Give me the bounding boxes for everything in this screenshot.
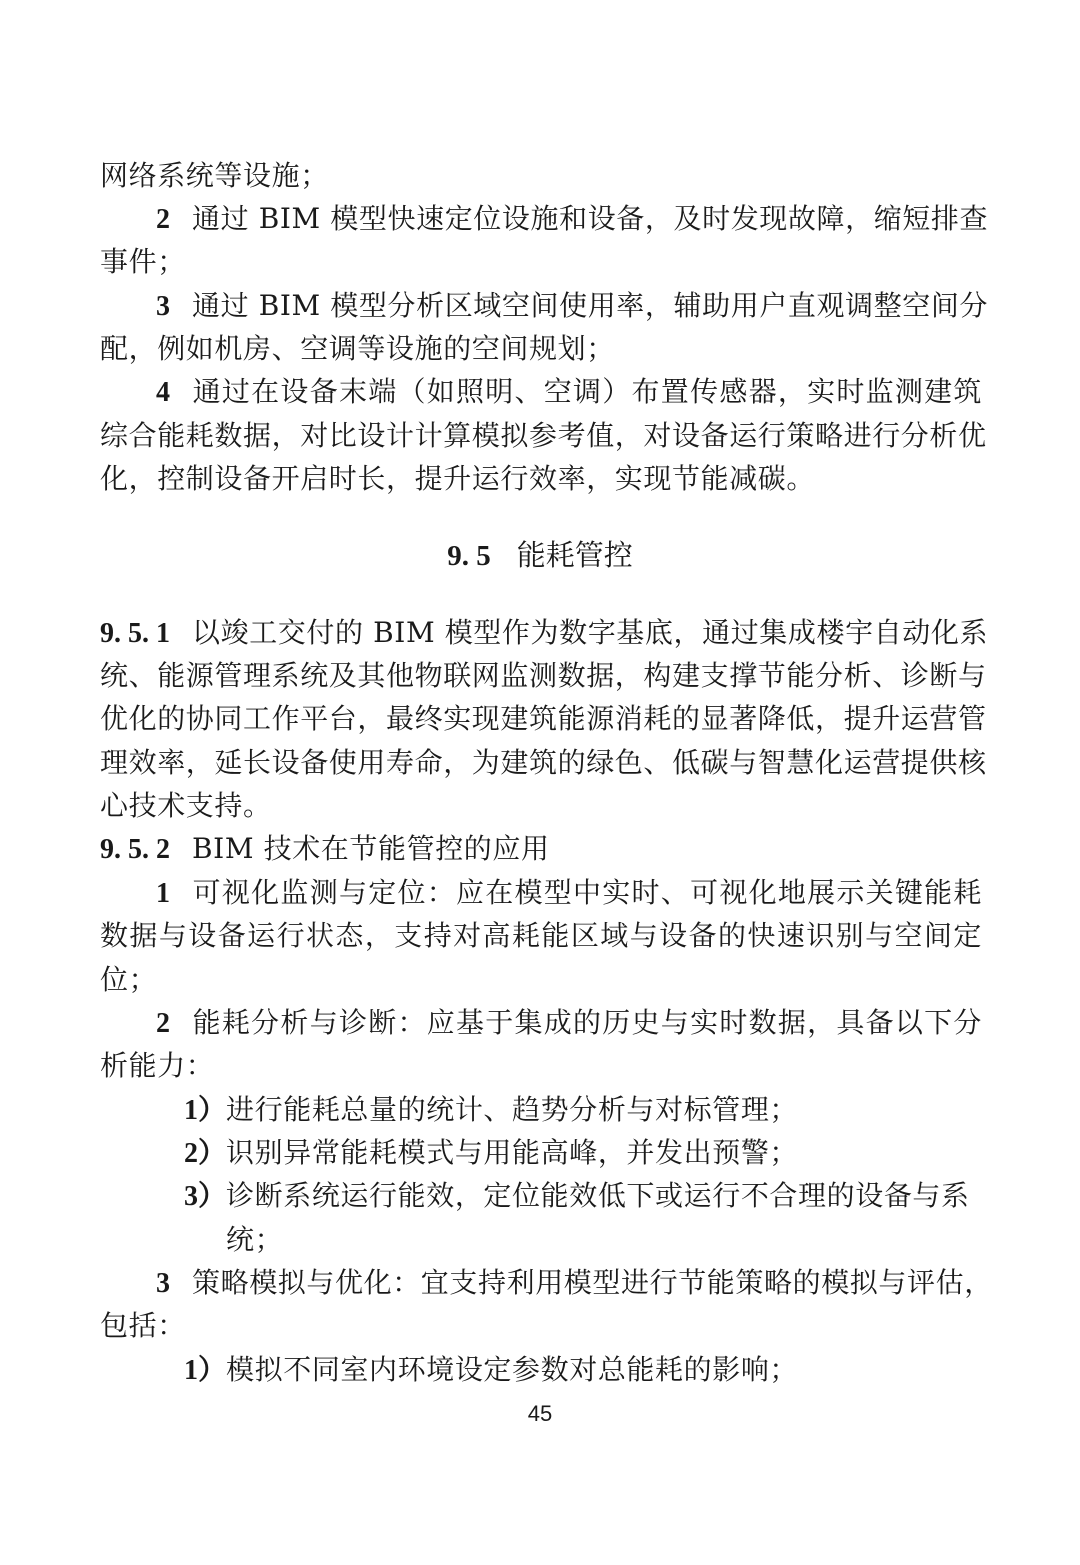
item-text: 能耗分析与诊断：应基于集成的历史与实时数据，具备以下分 [192, 1006, 982, 1039]
text-line: 事件； [100, 244, 982, 280]
clause-9-5-2: 9. 5. 2BIM 技术在节能管控的应用 [100, 831, 982, 867]
text-line: 数据与设备运行状态，支持对高耗能区域与设备的快速识别与空间定 [100, 918, 982, 954]
section-heading: 9. 5能耗管控 [0, 537, 1080, 574]
sub-item-number: 1） [184, 1095, 226, 1126]
list-item-4: 4通过在设备末端（如照明、空调）布置传感器，实时监测建筑 [156, 374, 982, 410]
list-item-3: 3策略模拟与优化：宜支持利用模型进行节能策略的模拟与评估， [156, 1265, 982, 1301]
sub-item-3: 3）诊断系统运行能效，定位能效低下或运行不合理的设备与系 [184, 1178, 982, 1214]
item-number: 4 [156, 377, 170, 408]
item-text: 化，控制设备开启时长，提升运行效率，实现节能减碳。 [100, 462, 815, 495]
clause-text: 理效率，延长设备使用寿命，为建筑的绿色、低碳与智慧化运营提供核 [100, 746, 987, 779]
item-text: 析能力： [100, 1049, 214, 1082]
item-text: 通过在设备末端（如照明、空调）布置传感器，实时监测建筑 [192, 375, 982, 408]
text-line: 统、能源管理系统及其他物联网监测数据，构建支撑节能分析、诊断与 [100, 658, 982, 694]
sub-item-number: 2） [184, 1138, 226, 1169]
sub-item-text: 识别异常能耗模式与用能高峰，并发出预警； [226, 1136, 798, 1169]
item-text: 数据与设备运行状态，支持对高耗能区域与设备的快速识别与空间定 [100, 919, 982, 952]
text-line: 优化的协同工作平台，最终实现建筑能源消耗的显著降低，提升运营管 [100, 701, 982, 737]
sub-item-number: 1） [184, 1355, 226, 1386]
text-line: 化，控制设备开启时长，提升运行效率，实现节能减碳。 [100, 461, 982, 497]
item-text: 通过 BIM 模型快速定位设施和设备，及时发现故障，缩短排查 [192, 202, 988, 235]
text-line: 心技术支持。 [100, 788, 982, 824]
clause-text: 心技术支持。 [100, 789, 272, 822]
item-text: 通过 BIM 模型分析区域空间使用率，辅助用户直观调整空间分 [192, 289, 988, 322]
item-text: 事件； [100, 245, 186, 278]
section-title: 能耗管控 [517, 538, 633, 572]
item-number: 3 [156, 291, 170, 322]
item-text: 综合能耗数据，对比设计计算模拟参考值，对设备运行策略进行分析优 [100, 419, 987, 452]
text-span: 网络系统等设施； [100, 159, 329, 192]
list-item-2: 2能耗分析与诊断：应基于集成的历史与实时数据，具备以下分 [156, 1005, 982, 1041]
item-number: 2 [156, 204, 170, 235]
item-text: 配，例如机房、空调等设施的空间规划； [100, 332, 615, 365]
text-line: 理效率，延长设备使用寿命，为建筑的绿色、低碳与智慧化运营提供核 [100, 745, 982, 781]
sub-item-1: 1）进行能耗总量的统计、趋势分析与对标管理； [184, 1092, 982, 1128]
text-line: 位； [100, 962, 982, 998]
text-line: 网络系统等设施； [100, 158, 982, 194]
text-line: 配，例如机房、空调等设施的空间规划； [100, 331, 982, 367]
item-number: 1 [156, 878, 170, 909]
sub-item-text: 模拟不同室内环境设定参数对总能耗的影响； [226, 1353, 798, 1386]
clause-text: 以竣工交付的 BIM 模型作为数字基底，通过集成楼宇自动化系 [192, 616, 988, 649]
list-item-3: 3通过 BIM 模型分析区域空间使用率，辅助用户直观调整空间分 [156, 288, 982, 324]
sub-item-text: 进行能耗总量的统计、趋势分析与对标管理； [226, 1093, 798, 1126]
text-line: 统； [226, 1222, 982, 1258]
clause-text: 统、能源管理系统及其他物联网监测数据，构建支撑节能分析、诊断与 [100, 659, 987, 692]
section-number: 9. 5 [447, 540, 491, 572]
sub-item-text: 诊断系统运行能效，定位能效低下或运行不合理的设备与系 [226, 1179, 970, 1212]
item-text: 包括： [100, 1309, 186, 1342]
item-number: 2 [156, 1008, 170, 1039]
text-line: 包括： [100, 1308, 982, 1344]
clause-number: 9. 5. 2 [100, 834, 170, 865]
list-item-2: 2通过 BIM 模型快速定位设施和设备，及时发现故障，缩短排查 [156, 201, 982, 237]
clause-number: 9. 5. 1 [100, 618, 170, 649]
sub-item-1: 1）模拟不同室内环境设定参数对总能耗的影响； [184, 1352, 982, 1388]
item-text: 可视化监测与定位：应在模型中实时、可视化地展示关键能耗 [192, 876, 982, 909]
clause-9-5-1: 9. 5. 1以竣工交付的 BIM 模型作为数字基底，通过集成楼宇自动化系 [100, 615, 982, 651]
item-text: 策略模拟与优化：宜支持利用模型进行节能策略的模拟与评估， [192, 1266, 993, 1299]
sub-item-2: 2）识别异常能耗模式与用能高峰，并发出预警； [184, 1135, 982, 1171]
document-page: 网络系统等设施； 2通过 BIM 模型快速定位设施和设备，及时发现故障，缩短排查… [0, 0, 1080, 1565]
clause-text: 优化的协同工作平台，最终实现建筑能源消耗的显著降低，提升运营管 [100, 702, 987, 735]
page-number: 45 [0, 1399, 1080, 1429]
item-text: 位； [100, 963, 157, 996]
clause-title: BIM 技术在节能管控的应用 [192, 832, 550, 865]
item-number: 3 [156, 1268, 170, 1299]
sub-item-number: 3） [184, 1181, 226, 1212]
text-line: 析能力： [100, 1048, 982, 1084]
list-item-1: 1可视化监测与定位：应在模型中实时、可视化地展示关键能耗 [156, 875, 982, 911]
sub-item-text: 统； [226, 1223, 283, 1256]
text-line: 综合能耗数据，对比设计计算模拟参考值，对设备运行策略进行分析优 [100, 418, 982, 454]
